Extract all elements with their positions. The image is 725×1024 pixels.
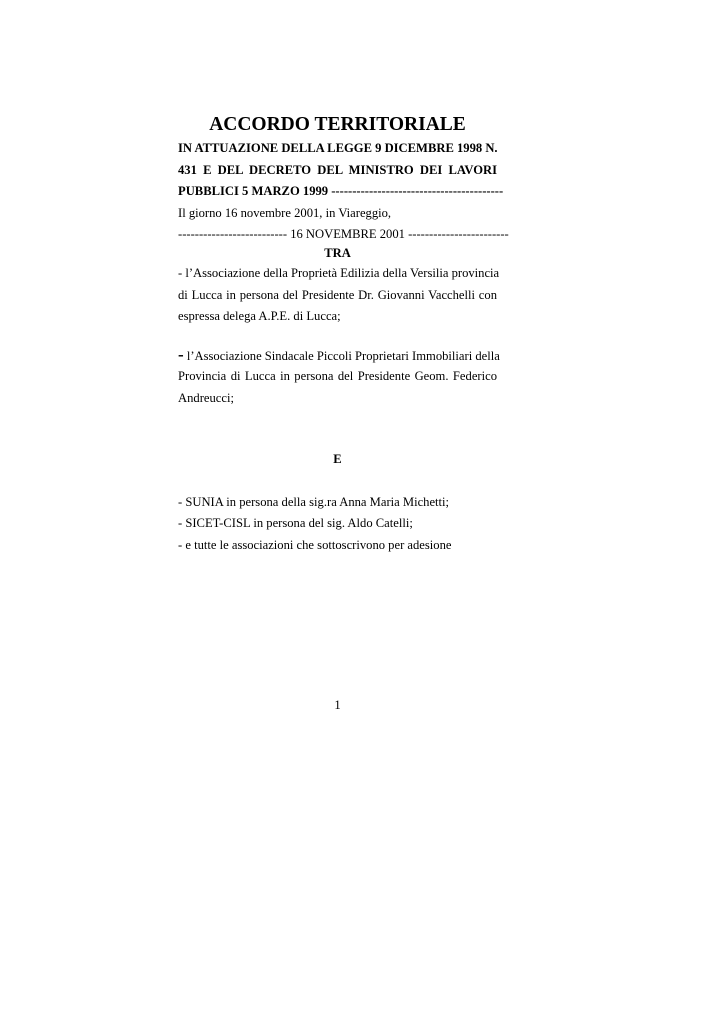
counterparty-2: - SICET-CISL in persona del sig. Aldo Ca… bbox=[178, 515, 497, 531]
date-place: Il giorno 16 novembre 2001, in Viareggio… bbox=[178, 205, 497, 221]
subtitle-line-2: 431 E DEL DECRETO DEL MINISTRO DEI LAVOR… bbox=[178, 162, 497, 178]
document-title: ACCORDO TERRITORIALE bbox=[178, 113, 497, 137]
party1-line-3: espressa delega A.P.E. di Lucca; bbox=[178, 308, 497, 324]
between-label: TRA bbox=[178, 245, 497, 261]
page-number: 1 bbox=[178, 697, 497, 713]
party2-line-2: Provincia di Lucca in persona del Presid… bbox=[178, 368, 497, 384]
counterparty-1: - SUNIA in persona della sig.ra Anna Mar… bbox=[178, 494, 497, 510]
subtitle-line-1: IN ATTUAZIONE DELLA LEGGE 9 DICEMBRE 199… bbox=[178, 140, 497, 156]
subtitle-line-3: PUBBLICI 5 MARZO 1999 ------------------… bbox=[178, 183, 497, 199]
date-banner: -------------------------- 16 NOVEMBRE 2… bbox=[178, 226, 497, 242]
counterparty-3: - e tutte le associazioni che sottoscriv… bbox=[178, 537, 497, 553]
and-label: E bbox=[178, 451, 497, 467]
party2-line-1: - l’Associazione Sindacale Piccoli Propr… bbox=[178, 347, 497, 364]
party1-line-2: di Lucca in persona del Presidente Dr. G… bbox=[178, 287, 497, 303]
party2-line-1-text: l’Associazione Sindacale Piccoli Proprie… bbox=[184, 349, 500, 363]
party2-line-3: Andreucci; bbox=[178, 390, 497, 406]
party1-line-1: - l’Associazione della Proprietà Edilizi… bbox=[178, 265, 497, 281]
